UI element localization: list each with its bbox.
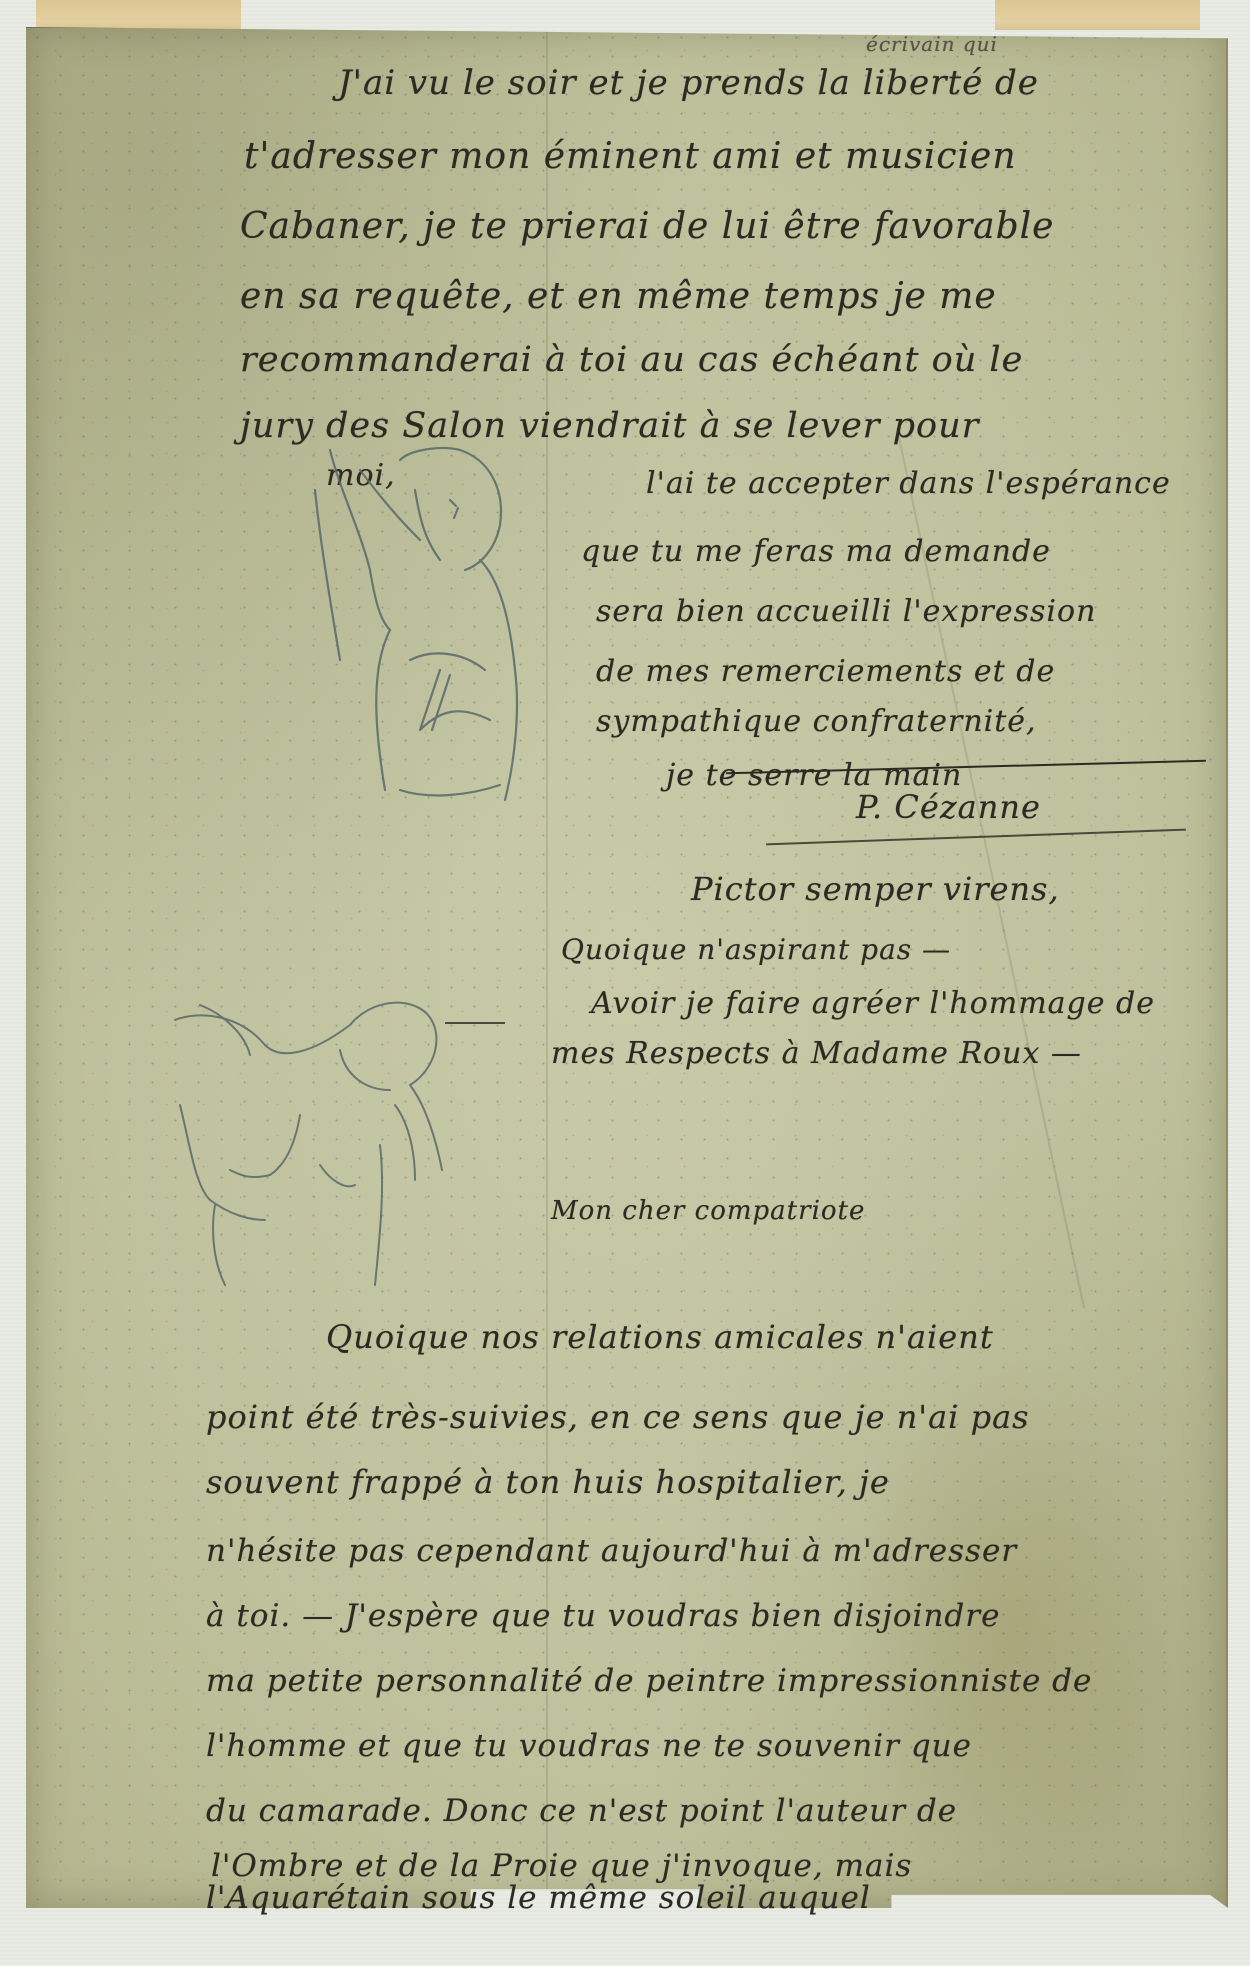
body-line-1: Quoique nos relations amicales n'aient (326, 1318, 994, 1356)
body-line-8: du camarade. Donc ce n'est point l'auteu… (206, 1793, 957, 1829)
insertion-note: écrivain qui (866, 32, 998, 56)
postscript-line-3: mes Respects à Madame Roux — (551, 1036, 1082, 1071)
body-line-9: l'Ombre et de la Proie que j'invoque, ma… (211, 1848, 912, 1884)
letter-line-7: moi, (326, 458, 396, 493)
letter-line-2: t'adresser mon éminent ami et musicien (244, 136, 1017, 177)
letter-line-5: recommanderai à toi au cas échéant où le (240, 340, 1023, 380)
body-line-7: l'homme et que tu voudras ne te souvenir… (206, 1728, 972, 1764)
body-line-5: à toi. — J'espère que tu voudras bien di… (206, 1598, 1000, 1634)
scan-background: écrivain qui J'ai vu le soir et je prend… (0, 0, 1250, 1966)
closing-line-2: que tu me feras ma demande (581, 534, 1051, 569)
postscript-line-1: Quoique n'aspirant pas — (561, 933, 951, 966)
body-line-4: n'hésite pas cependant aujourd'hui à m'a… (206, 1533, 1017, 1569)
body-line-3: souvent frappé à ton huis hospitalier, j… (206, 1463, 890, 1501)
tape-strip-left (36, 0, 241, 30)
signature: P. Cézanne (856, 788, 1041, 826)
salutation: Mon cher compatriote (551, 1196, 865, 1226)
letter-line-4: en sa requête, et en même temps je me (240, 276, 997, 317)
body-line-2: point été très-suivies, en ce sens que j… (206, 1398, 1030, 1436)
letter-sheet: écrivain qui J'ai vu le soir et je prend… (26, 27, 1228, 1908)
body-line-10: l'Aquarétain sous le même soleil auquel (206, 1880, 871, 1916)
letter-line-1: J'ai vu le soir et je prends la liberté … (338, 63, 1039, 103)
tape-strip-right (995, 0, 1200, 30)
closing-line-1: l'ai te accepter dans l'espérance (646, 466, 1171, 501)
closing-line-4: de mes remerciements et de (596, 654, 1055, 689)
letter-line-6: jury des Salon viendrait à se lever pour (240, 406, 979, 446)
postscript-line-2: Avoir je faire agréer l'hommage de (591, 986, 1155, 1021)
signature-flourish-bottom (766, 829, 1186, 845)
closing-line-3: sera bien accueilli l'expression (596, 594, 1096, 629)
letter-line-3: Cabaner, je te prierai de lui être favor… (240, 206, 1054, 247)
body-line-6: ma petite personnalité de peintre impres… (206, 1663, 1092, 1699)
closing-line-5: sympathique confraternité, (596, 704, 1037, 739)
ink-dash (445, 1022, 505, 1024)
motto: Pictor semper virens, (691, 870, 1060, 908)
